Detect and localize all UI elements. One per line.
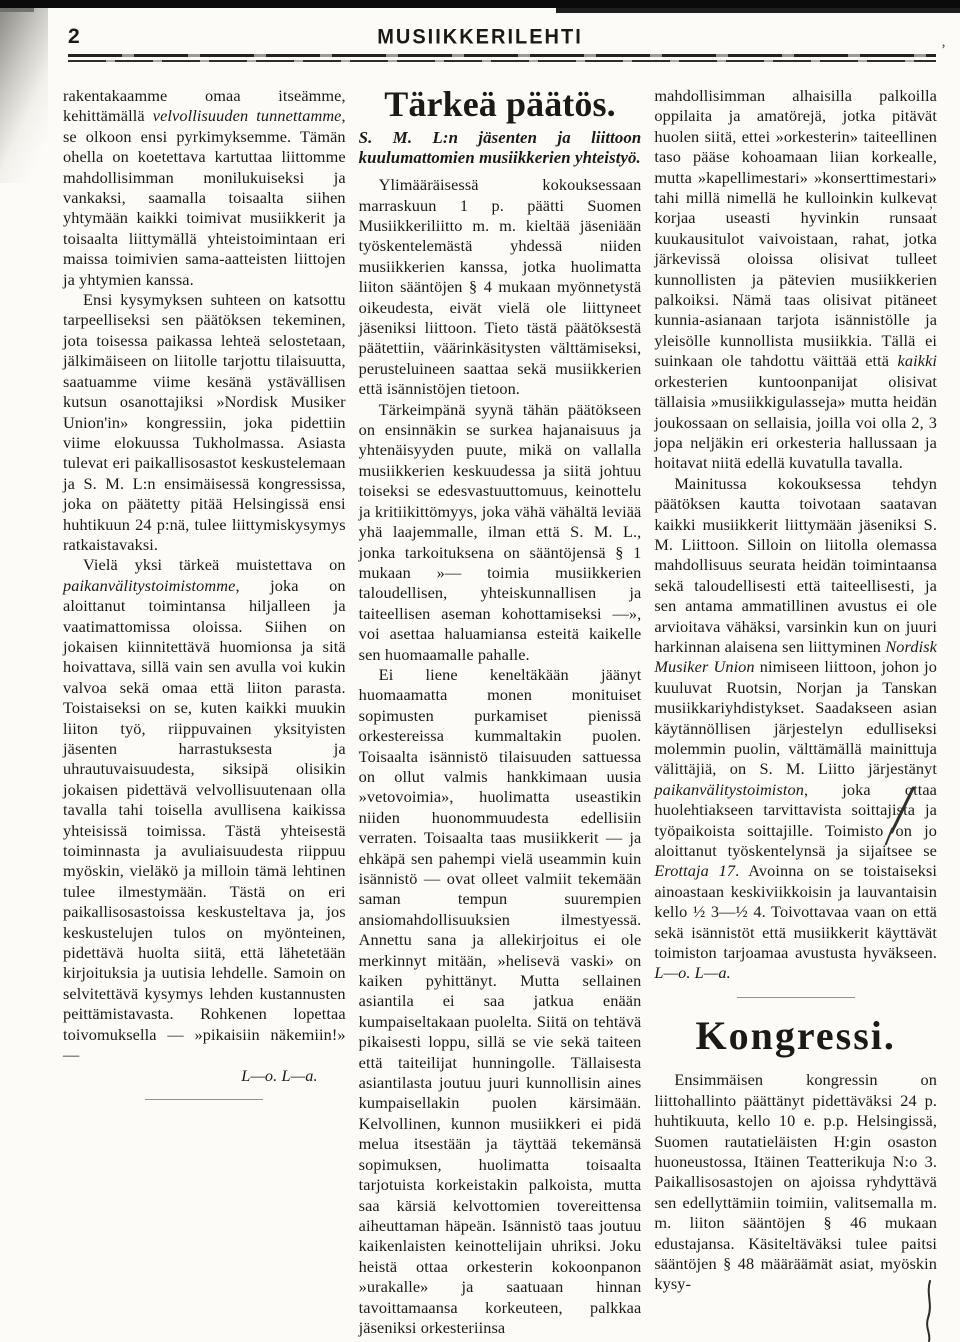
article-headline: Kongressi. <box>654 1014 937 1058</box>
article-headline: Tärkeä päätös. <box>359 84 642 124</box>
article-paragraph: Ylimääräisessä kokouksessaan marraskuun … <box>359 175 642 399</box>
article-paragraph: rakentakaamme omaa itseämme, kehittämäll… <box>63 86 346 290</box>
article-paragraph: Ei liene keneltäkään jäänyt huomaamatta … <box>359 665 642 1338</box>
scan-edge-top-right <box>556 8 960 13</box>
header-rule-top <box>68 54 936 57</box>
newspaper-page: 2 MUSIIKKERILEHTI rakentakaamme omaa its… <box>0 0 960 1342</box>
column-left: rakentakaamme omaa itseämme, kehittämäll… <box>63 86 346 1338</box>
column-middle: Tärkeä päätös.S. M. L:n jäsenten ja liit… <box>359 86 642 1338</box>
article-signature: L—o. L—a. <box>63 1066 346 1086</box>
article-paragraph: Vielä yksi tärkeä muistettava on paikanv… <box>63 555 346 1065</box>
article-paragraph: Mainitussa kokouksessa tehdyn päätöksen … <box>654 474 937 984</box>
section-divider <box>737 997 855 999</box>
pen-mark <box>921 1280 937 1342</box>
article-paragraph: Ensi kysymyksen suhteen on katsottu tarp… <box>63 290 346 555</box>
ink-speck: ’ <box>929 203 933 219</box>
ink-speck: ’ <box>941 42 946 59</box>
article-paragraph: Ensimmäisen kongressin on liittohallinto… <box>654 1070 937 1294</box>
header-rule-bottom <box>68 60 936 62</box>
article-paragraph: Tärkeimpänä syynä tähän päätökseen on en… <box>359 400 642 665</box>
column-right: mahdollisimman alhaisilla palkoilla oppi… <box>654 86 937 1338</box>
section-divider <box>145 1099 263 1101</box>
article-subheadline: S. M. L:n jäsenten ja liittoon kuulumatt… <box>359 128 642 167</box>
article-columns: rakentakaamme omaa itseämme, kehittämäll… <box>63 86 937 1338</box>
scan-edge-top <box>0 0 960 8</box>
journal-title: MUSIIKKERILEHTI <box>0 25 960 50</box>
article-paragraph: mahdollisimman alhaisilla palkoilla oppi… <box>654 86 937 474</box>
